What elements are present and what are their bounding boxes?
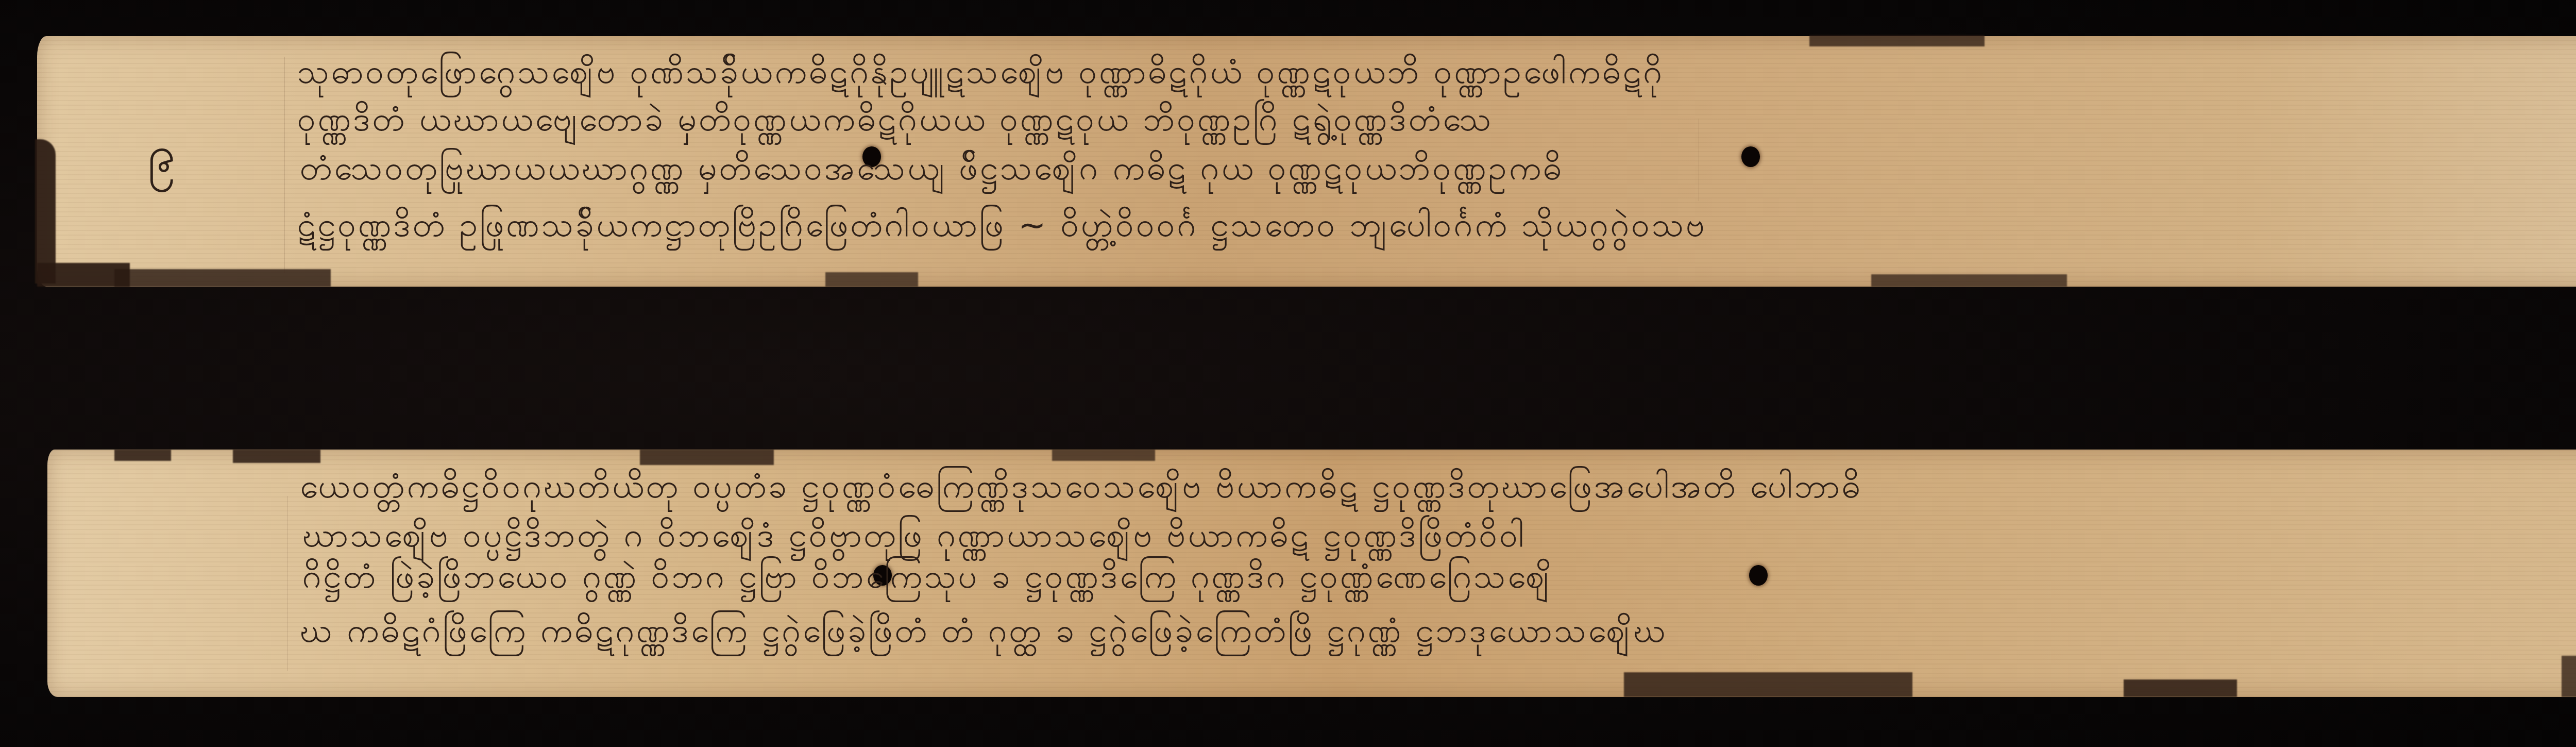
burn-damage-bottom-right [1871,274,2067,287]
manuscript-line-3: တံသေဝတုဗြုဃာယယဃာဂွဏ္ဏ မှတိသေဝအသေယျ ဖ်ိဋ္… [300,152,1564,185]
burn-damage-top-mid-2 [1052,450,1155,461]
burn-damage-top-left-2 [233,450,320,463]
page-number: ၉ [148,129,176,178]
burn-damage-top-right [1809,35,1985,46]
palm-leaf-top: ၉ သုဓာဝတုဖြောဂွေသဈေိဗ ဝုဏိသခ်ိုယကဓိဋဂိုန… [37,36,2576,287]
burn-damage-left-edge [35,139,56,284]
manuscript-line-4: ဋံဋ္ဌဝုဏ္ဏဒိတံ ဥဖြုဏသခ်ိုယကဋ္ဌာတုဗြိဥဂြိ… [297,209,1707,242]
margin-ruling-left [287,496,287,671]
manuscript-line-2: ဃာသဈေိဗ ဝပ္ပဋ္ဌိဒိဘတွဲ ဂ ဝိဘဈေိဒံ ဋ္ဌဝိဗ… [302,519,1526,552]
palm-leaf-bottom: ယေဝတ္တံကဓိဋ္ဌဝိဝဂုဃတိယိတု ဝပ္ပတံခ ဋ္ဌဝုဏ… [47,450,2576,697]
manuscript-line-1: သုဓာဝတုဖြောဂွေသဈေိဗ ဝုဏိသခ်ိုယကဓိဋဂိုနို… [297,56,1664,89]
margin-ruling-left [284,57,285,273]
burn-damage-bottom-mid [114,269,331,287]
burn-damage-bottom-right-corner [2562,656,2576,697]
manuscript-line-1: ယေဝတ္တံကဓိဋ္ဌဝိဝဂုဃတိယိတု ဝပ္ပတံခ ဋ္ဌဝုဏ… [300,470,1862,503]
burn-damage-top-left [114,450,171,461]
burn-damage-top-mid [640,450,774,465]
burn-damage-bottom-right [1624,672,1912,697]
string-hole-right [1741,146,1760,167]
manuscript-line-3: ဂိဋ္ဌိတံ ဖြဲခဲ့ဖြိဘယေဝ ဂွဏ္ဏဲ ဝိဘဂ ဋ္ဌဗြ… [302,560,1553,593]
margin-ruling-right [1699,119,1699,201]
burn-damage-bottom-mid-2 [825,272,918,287]
burn-damage-bottom-right-2 [2124,679,2237,697]
manuscript-line-2: ဝုဏ္ဏဒိတံ ယဃာယဗျေတောခဲ မှတိဝုဏ္ဏယကဓိဋဂို… [297,103,1493,136]
manuscript-line-4: ဃ ကဓိဋဂံဖြိကြေ ကဓိဋဂုဏ္ဏဒိကြေ ဋ္ဌဂွဲဖြေခ… [300,615,1668,648]
string-hole-right [1749,565,1768,586]
